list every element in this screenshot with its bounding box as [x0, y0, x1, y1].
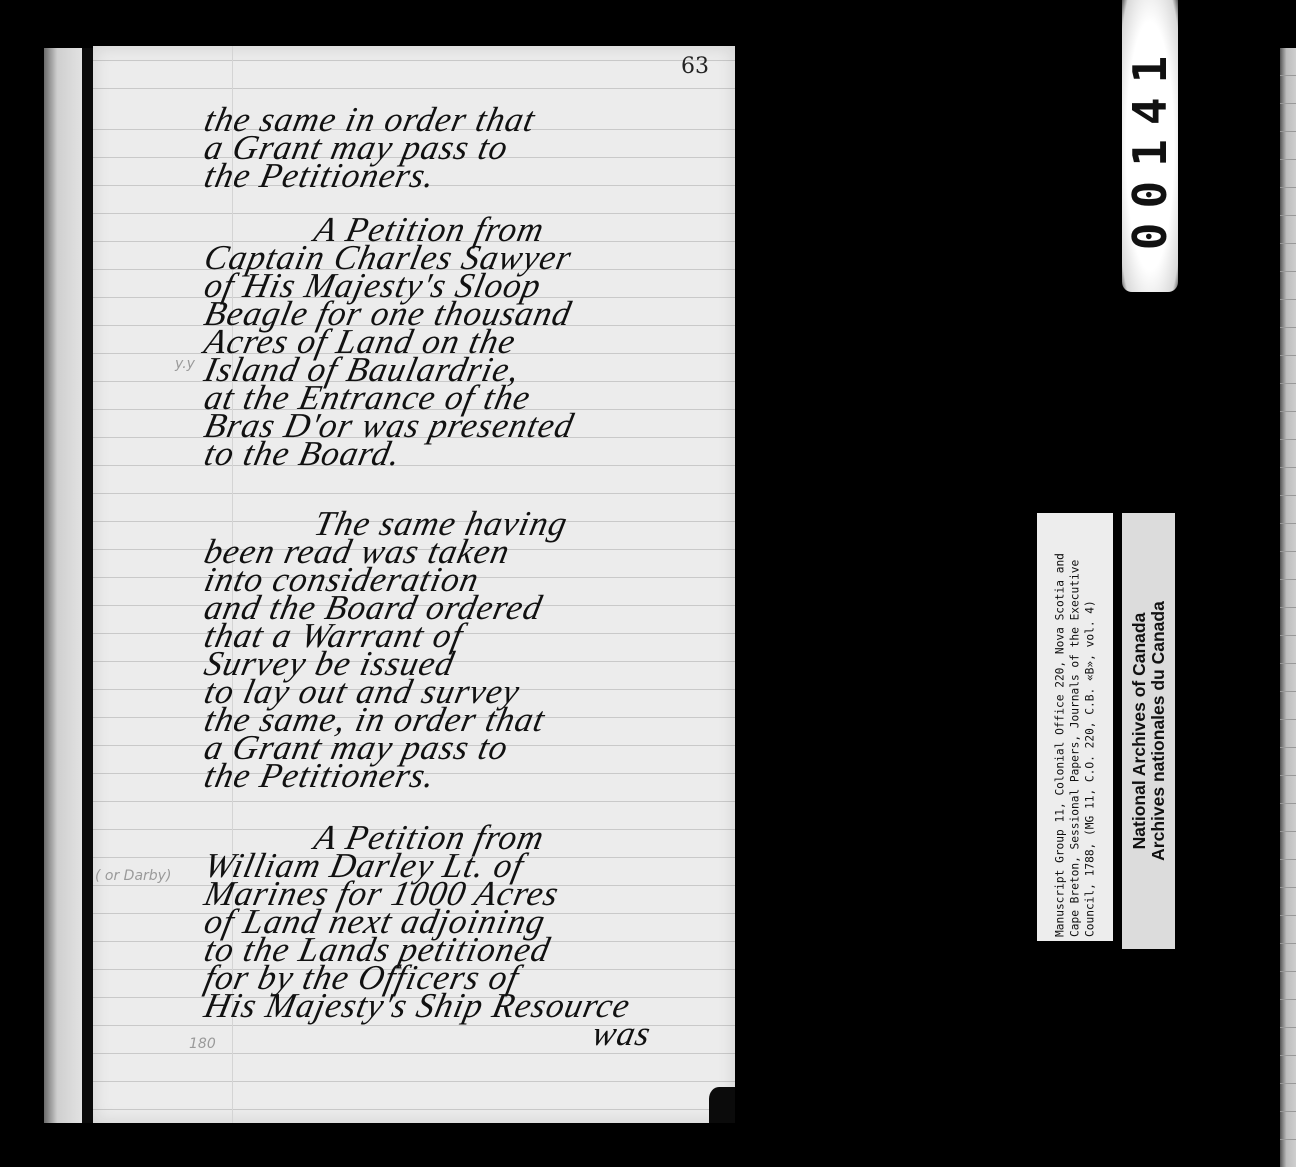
margin-note: y.y — [175, 356, 195, 372]
archive-name-en: National Archives of Canada — [1130, 581, 1149, 881]
archive-name: National Archives of Canada Archives nat… — [1130, 581, 1168, 881]
previous-page-edge — [44, 48, 82, 1123]
corner-blot — [709, 1087, 735, 1123]
archive-label: National Archives of Canada Archives nat… — [1122, 513, 1175, 949]
text-line: to the Board. — [202, 440, 403, 468]
citation-text: Manuscript Group 11, Colonial Office 220… — [1053, 517, 1098, 937]
page-number: 63 — [681, 54, 709, 79]
archive-name-fr: Archives nationales du Canada — [1149, 581, 1168, 881]
book-binding-gutter — [82, 48, 93, 1123]
text-line: the Petitioners. — [202, 162, 438, 190]
text-line: His Majesty's Ship Resource — [202, 992, 633, 1020]
citation-label: Manuscript Group 11, Colonial Office 220… — [1037, 513, 1113, 941]
frame-number-strip: 00141 — [1122, 0, 1178, 292]
next-page-edge — [1280, 48, 1296, 1167]
text-line: was — [590, 1020, 653, 1048]
ledger-page: 63 the same in order thata Grant may pas… — [93, 46, 735, 1123]
frame-number: 00141 — [1123, 42, 1177, 250]
margin-note: ( or Darby) — [95, 868, 171, 884]
text-line: the Petitioners. — [202, 762, 438, 790]
margin-note: 180 — [189, 1036, 216, 1052]
